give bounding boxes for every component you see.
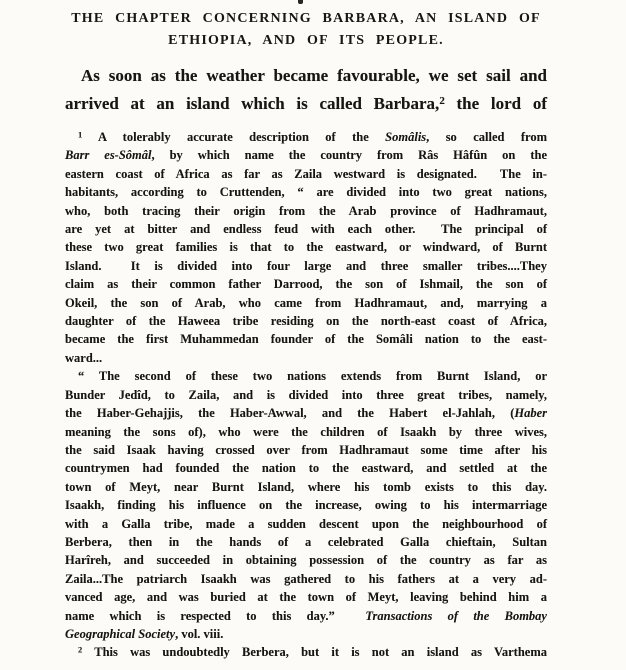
footnote-line: Zaila...The patriarch Isaakh was gathere… (65, 570, 547, 588)
footnote-line: Geographical Society, vol. viii. (65, 625, 547, 643)
footnote-line: became the first Muhammedan founder of t… (65, 330, 547, 348)
footnote-text: Bunder Jedîd, to Zaila, and is divided i… (65, 388, 547, 402)
cropped-page-number-mark (298, 0, 303, 4)
footnote-text: town of Meyt, near Burnt Island, where h… (65, 480, 547, 494)
footnote-italic-text: Somâlis (385, 130, 426, 144)
footnote-text: name which is respected to this day.” (65, 609, 365, 623)
footnote-text: Berbera, then in the hands of a celebrat… (65, 535, 547, 549)
footnote-text: meaning the sons of), who were the child… (65, 425, 547, 439)
footnote-line: Isaakh, finding his influence on the inc… (65, 496, 547, 514)
main-paragraph-line2: arrived at an island which is called Bar… (65, 90, 547, 118)
footnote-text: “ The second of these two nations extend… (78, 369, 547, 383)
footnote-text: Zaila...The patriarch Isaakh was gathere… (65, 572, 547, 586)
footnote-text: ward... (65, 351, 102, 365)
footnote-text: are yet at bitter and endless feud with … (65, 222, 547, 236)
footnote-line: Bunder Jedîd, to Zaila, and is divided i… (65, 386, 547, 404)
footnote-italic-text: Transactions of the Bombay (365, 609, 547, 623)
footnote-line: countrymen had founded the nation to the… (65, 459, 547, 477)
chapter-heading-line2: ETHIOPIA, AND OF ITS PEOPLE. (65, 30, 547, 52)
main-text: the lord of (445, 94, 547, 113)
footnote-line: who, both tracing their origin from the … (65, 202, 547, 220)
footnotes-block: 1 A tolerably accurate description of th… (65, 128, 547, 662)
footnote-line: Barr es-Sômâl, by which name the country… (65, 146, 547, 164)
main-paragraph-line1: As soon as the weather became favourable… (65, 62, 547, 90)
footnote-text: the said Isaak having crossed over from … (65, 443, 547, 457)
footnote-line: town of Meyt, near Burnt Island, where h… (65, 478, 547, 496)
footnote-line: claim as their common father Darrood, th… (65, 275, 547, 293)
footnote-text: the Haber-Gehajjis, the Haber-Awwal, and… (65, 406, 514, 420)
footnote-text: daughter of the Haweea tribe residing on… (65, 314, 547, 328)
footnote-line: Berbera, then in the hands of a celebrat… (65, 533, 547, 551)
footnote-text: habitants, according to Cruttenden, “ ar… (65, 185, 547, 199)
footnote-text: became the first Muhammedan founder of t… (65, 332, 547, 346)
chapter-heading: THE CHAPTER CONCERNING BARBARA, AN ISLAN… (65, 8, 547, 52)
scanned-book-page: THE CHAPTER CONCERNING BARBARA, AN ISLAN… (0, 0, 626, 670)
footnote-line: “ The second of these two nations extend… (65, 367, 547, 385)
footnote-text: This was undoubtedly Berbera, but it is … (82, 645, 547, 659)
footnote-line: are yet at bitter and endless feud with … (65, 220, 547, 238)
footnote-text: , so called from (426, 130, 547, 144)
footnote-text: , vol. viii. (175, 627, 223, 641)
footnote-text: A tolerably accurate description of the (82, 130, 385, 144)
footnote-text: with a Galla tribe, made a sudden descen… (65, 517, 547, 531)
footnote-italic-text: Geographical Society (65, 627, 175, 641)
footnote-text: vanced age, and was buried at the town o… (65, 590, 547, 604)
footnote-line: meaning the sons of), who were the child… (65, 423, 547, 441)
footnote-line: eastern coast of Africa as far as Zaila … (65, 165, 547, 183)
footnote-italic-text: Haber (514, 406, 547, 420)
footnote-line: Okeil, the son of Arab, who came from Ha… (65, 294, 547, 312)
main-paragraph: As soon as the weather became favourable… (65, 62, 547, 118)
footnote-line: the said Isaak having crossed over from … (65, 441, 547, 459)
footnote-line: 1 A tolerably accurate description of th… (65, 128, 547, 146)
footnote-text: eastern coast of Africa as far as Zaila … (65, 167, 547, 181)
footnote-text: who, both tracing their origin from the … (65, 204, 547, 218)
footnote-line: with a Galla tribe, made a sudden descen… (65, 515, 547, 533)
footnote-line: the Haber-Gehajjis, the Haber-Awwal, and… (65, 404, 547, 422)
footnote-text: Okeil, the son of Arab, who came from Ha… (65, 296, 547, 310)
footnote-text: Isaakh, finding his influence on the inc… (65, 498, 547, 512)
footnote-line: Harîreh, and succeeded in obtaining poss… (65, 551, 547, 569)
footnote-line: name which is respected to this day.” Tr… (65, 607, 547, 625)
footnote-text: these two great families is that to the … (65, 240, 547, 254)
footnote-line: these two great families is that to the … (65, 238, 547, 256)
footnote-line: habitants, according to Cruttenden, “ ar… (65, 183, 547, 201)
footnote-line: ward... (65, 349, 547, 367)
footnote-line: 2 This was undoubtedly Berbera, but it i… (65, 643, 547, 661)
footnote-text: countrymen had founded the nation to the… (65, 461, 547, 475)
chapter-heading-line1: THE CHAPTER CONCERNING BARBARA, AN ISLAN… (65, 8, 547, 30)
footnote-text: Harîreh, and succeeded in obtaining poss… (65, 553, 547, 567)
footnote-text: , by which name the country from Râs Hâf… (152, 148, 548, 162)
footnote-italic-text: Barr es-Sômâl (65, 148, 152, 162)
footnote-text: Island. It is divided into four large an… (65, 259, 547, 273)
footnote-line: Island. It is divided into four large an… (65, 257, 547, 275)
main-text: arrived at an island which is called Bar… (65, 94, 439, 113)
footnote-line: daughter of the Haweea tribe residing on… (65, 312, 547, 330)
footnote-line: vanced age, and was buried at the town o… (65, 588, 547, 606)
footnote-text: claim as their common father Darrood, th… (65, 277, 547, 291)
